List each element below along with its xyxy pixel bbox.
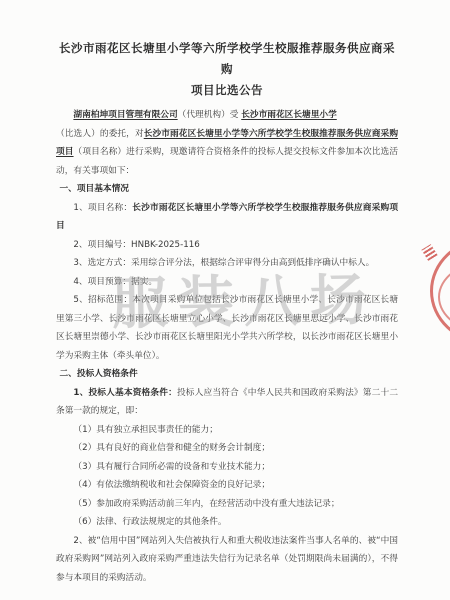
intro-text-2: （比选人）的委托，对 [56, 129, 144, 139]
title-line-2: 项目比选公告 [56, 80, 398, 101]
item-selection-method: 3、选定方式：采用综合评分法，根据综合评审得分由高到低排序确认中标人。 [56, 254, 398, 273]
red-seal-text-mark [421, 244, 437, 261]
intro-paragraph: 湖南柏坤项目管理有限公司（代理机构）受 长沙市雨花区长塘里小学（比选人）的委托，… [56, 106, 398, 180]
item-project-budget: 4、项目预算：据实。 [56, 273, 398, 292]
title-line-1: 长沙市雨花区长塘里小学等六所学校学生校服推荐服务供应商采购 [56, 38, 398, 80]
condition-2: （2）具有良好的商业信誉和健全的财务会计制度； [56, 439, 398, 458]
condition-5: （5）参加政府采购活动前三年内，在经营活动中没有重大违法记录； [56, 495, 398, 514]
condition-6: （6）法律、行政法规规定的其他条件。 [56, 513, 398, 532]
section-2-heading: 二、投标人资格条件 [56, 365, 398, 384]
blacklist-paragraph: 2、被“信用中国”网站列入失信被执行人和重大税收违法案件当事人名单的、被“中国政… [56, 532, 398, 588]
qualification-label: 1、投标人基本资格条件： [73, 388, 177, 398]
item-value: HNBK-2025-116 [131, 240, 200, 250]
item-label: 3、选定方式： [73, 258, 131, 268]
condition-3: （3）具有履行合同所必需的设备和专业技术能力； [56, 458, 398, 477]
buyer-name: 长沙市雨花区长塘里小学 [241, 110, 337, 120]
agency-name: 湖南柏坤项目管理有限公司 [73, 110, 177, 120]
document-page: 长沙市雨花区长塘里小学等六所学校学生校服推荐服务供应商采购 项目比选公告 湖南柏… [0, 0, 450, 600]
condition-4: （4）有依法缴纳税收和社会保障资金的良好记录； [56, 476, 398, 495]
item-project-number: 2、项目编号：HNBK-2025-116 [56, 236, 398, 255]
document-content: 长沙市雨花区长塘里小学等六所学校学生校服推荐服务供应商采购 项目比选公告 湖南柏… [56, 38, 398, 587]
intro-text-3: （项目名称）进行采购，现邀请符合资格条件的投标人提交投标文件参加本次比选活动，有… [56, 147, 398, 176]
qualification-paragraph: 1、投标人基本资格条件：投标人应当符合《中华人民共和国政府采购法》第二十二条第一… [56, 384, 398, 421]
item-label: 4、项目预算： [73, 277, 131, 287]
item-project-name: 1、项目名称：长沙市雨花区长塘里小学等六所学校学生校服推荐服务供应商采购项目 [56, 199, 398, 236]
item-label: 5、招标范围： [73, 295, 132, 305]
condition-1: （1）具有独立承担民事责任的能力； [56, 421, 398, 440]
section-1-heading: 一、项目基本情况 [56, 180, 398, 199]
intro-text-1: （代理机构）受 [178, 110, 242, 120]
item-label: 2、项目编号： [73, 240, 131, 250]
item-label: 1、项目名称： [73, 203, 132, 213]
page-title: 长沙市雨花区长塘里小学等六所学校学生校服推荐服务供应商采购 项目比选公告 [56, 38, 398, 101]
item-value: 据实。 [131, 277, 157, 287]
item-value: 采用综合评分法，根据综合评审得分由高到低排序确认中标人。 [131, 258, 374, 268]
item-bidding-scope: 5、招标范围：本次项目采购单位包括长沙市雨花区长塘里小学、长沙市雨花区长塘里第三… [56, 291, 398, 365]
